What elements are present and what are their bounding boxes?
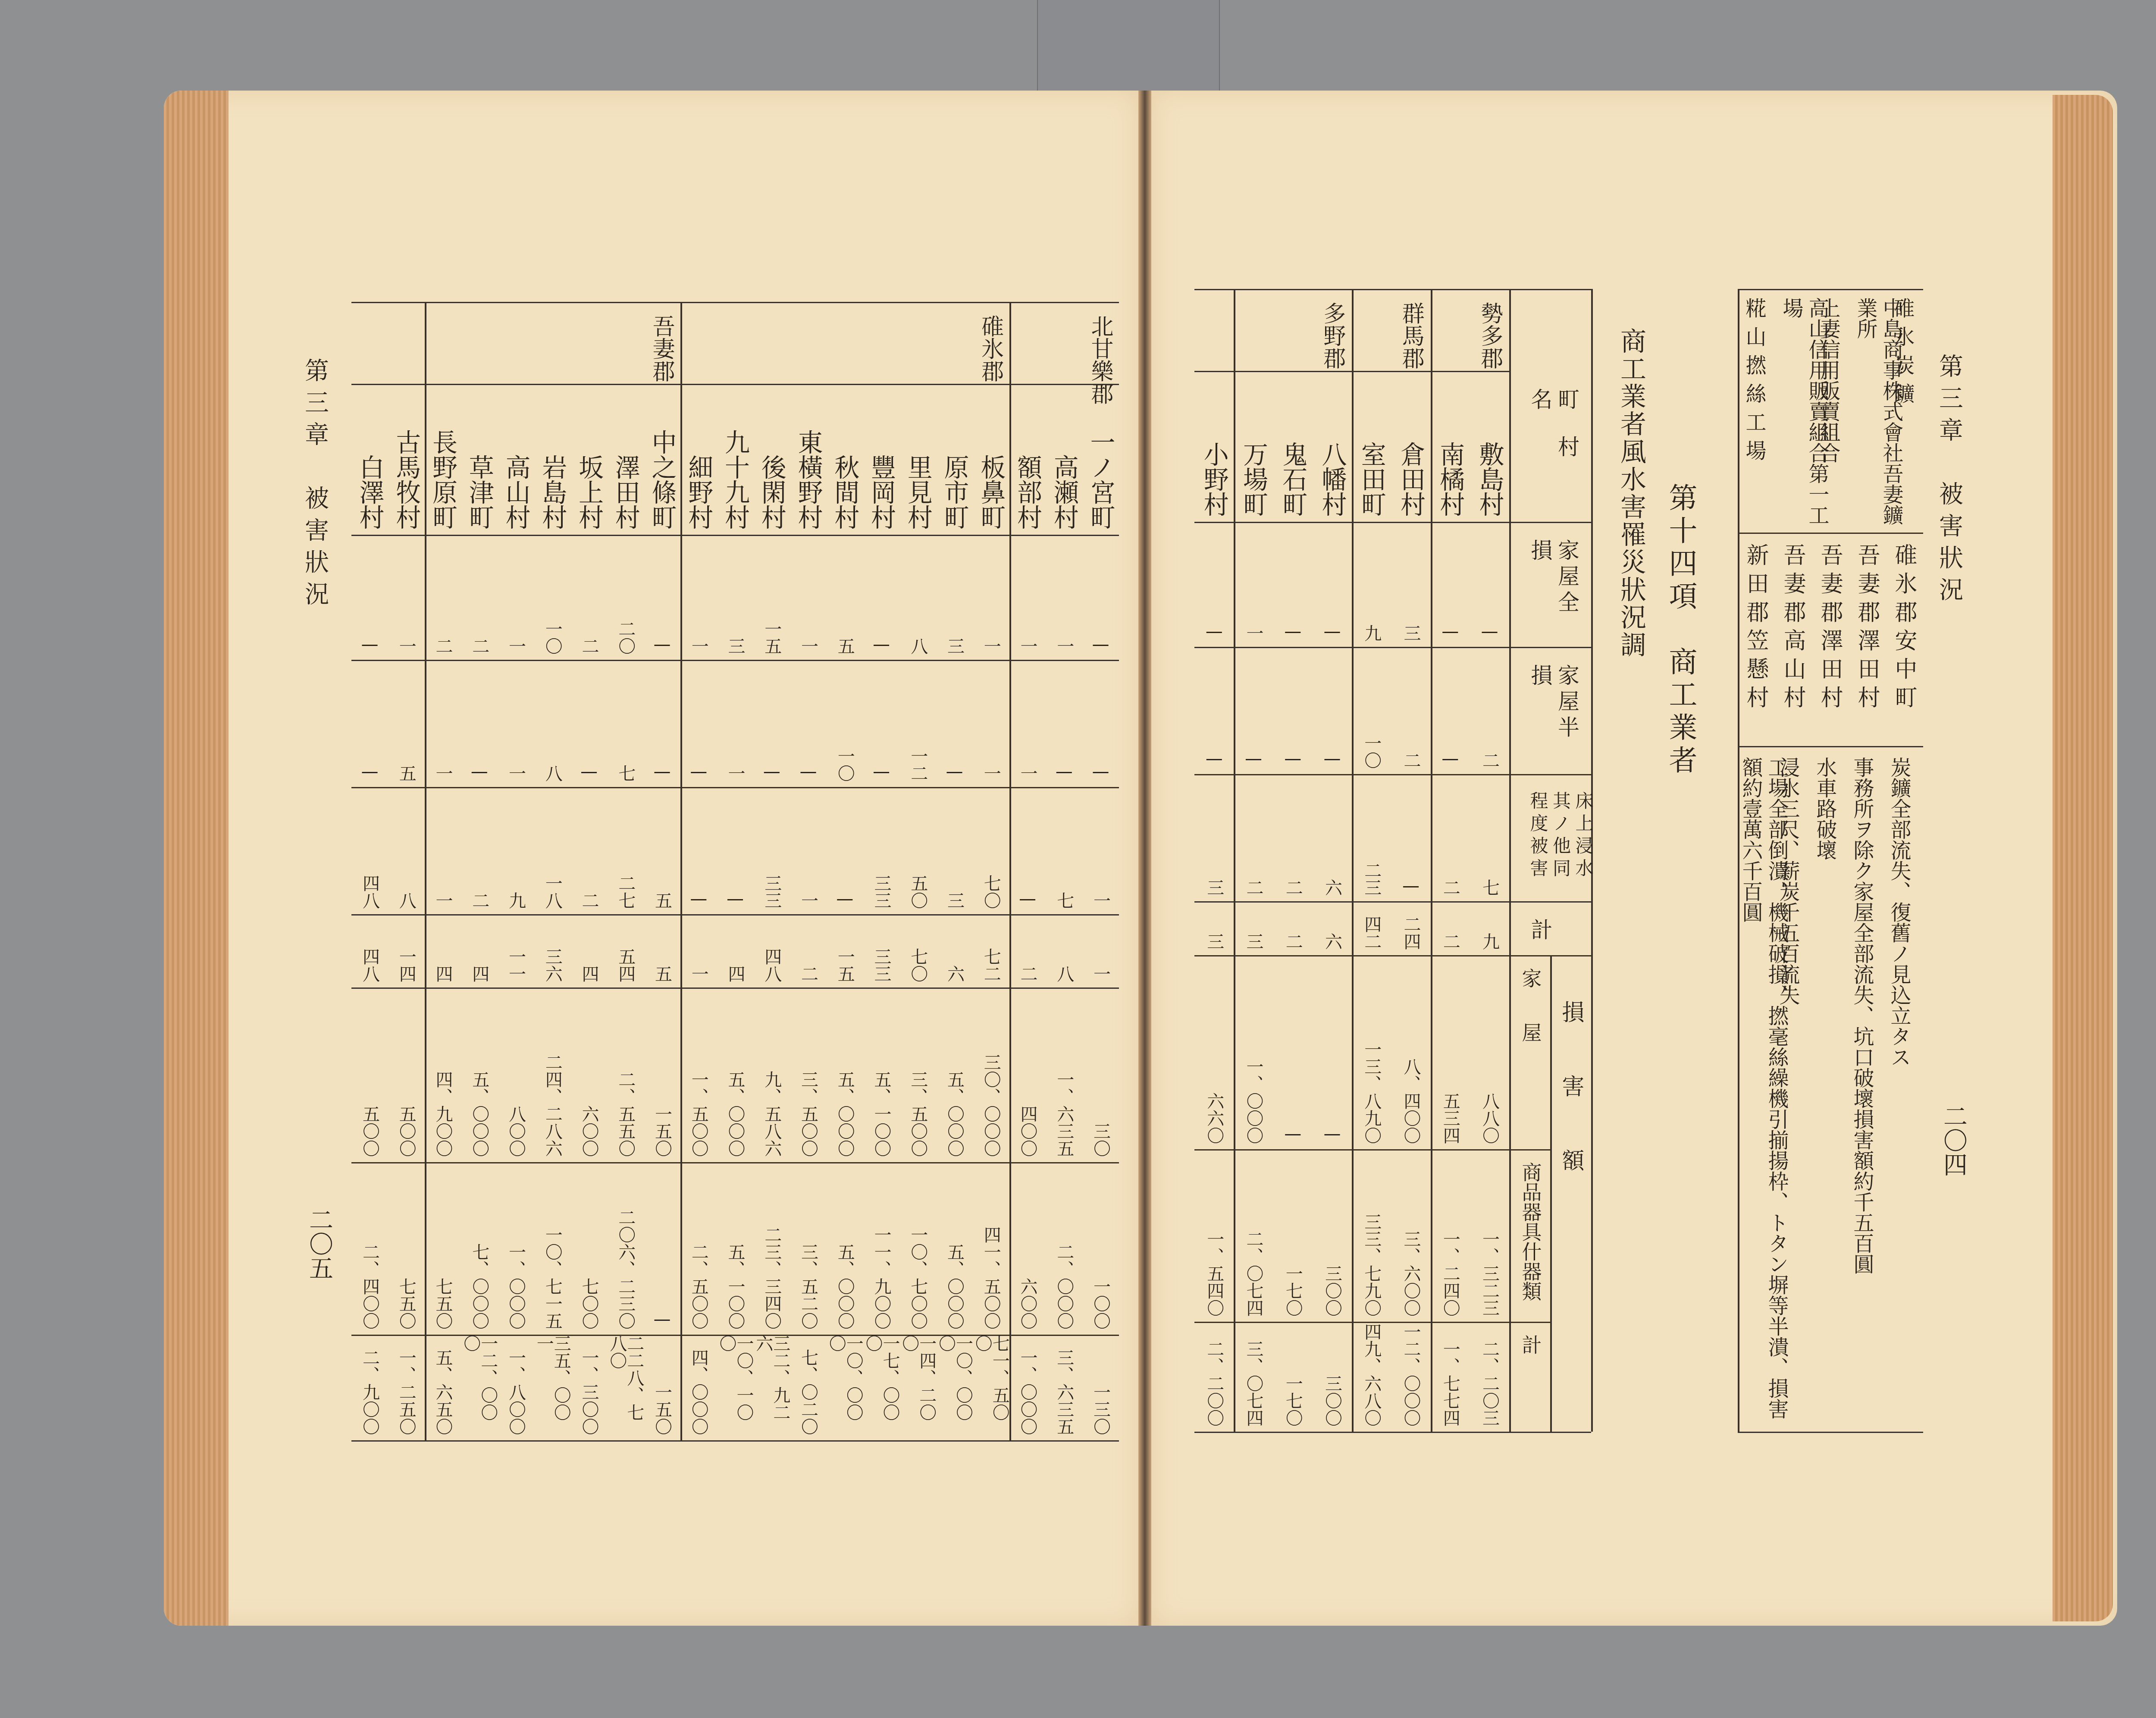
- hankai-cell: —: [1194, 647, 1234, 769]
- zenkai-value: 三: [1402, 624, 1420, 642]
- shinsui-cell: 三三: [753, 787, 790, 909]
- left-page-table: 北甘樂郡一ノ宮町——一一三〇一〇〇一三〇高瀬村一—七八一、六三五二、〇〇〇三、六…: [351, 302, 1119, 1440]
- company-name: 中島商事株式會社吾妻鑛業所: [1852, 298, 1904, 526]
- kei-cell: 三六: [534, 914, 571, 982]
- kei-cell: 四: [461, 914, 498, 982]
- songai_kei-value: 一〇、〇〇〇: [827, 1335, 862, 1435]
- songai_kei-value: 二、二〇三: [1481, 1340, 1498, 1426]
- zenkai-value: 三: [946, 637, 963, 655]
- songai_kei-cell: 一〇、一〇〇: [717, 1335, 754, 1435]
- kei-cell: 四二: [1352, 901, 1391, 950]
- shinsui-cell: 九: [498, 787, 534, 909]
- header-rule: [1509, 774, 1591, 775]
- kei-cell: 四: [571, 914, 608, 982]
- name-cell: 後閑村: [753, 384, 790, 530]
- shinsui-value: 二三: [1363, 862, 1380, 896]
- shinsui-cell: 七〇: [973, 787, 1009, 909]
- district-label: 碓氷郡: [965, 315, 1002, 382]
- songai_kei-cell: 三、〇七四: [1234, 1322, 1273, 1426]
- kei-cell: 一一: [498, 914, 534, 982]
- kei-cell: 六: [1313, 901, 1352, 950]
- shohin-cell: 一〇、七〇〇: [899, 1162, 936, 1329]
- shohin-cell: 三三、七九〇: [1352, 1149, 1391, 1317]
- zenkai-value: 一〇: [544, 620, 561, 655]
- company-row: 糀山撚絲工場新田郡笠懸村工場全部倒潰、機械破損、撚毫絲繰機引揃揚枠、トタン塀等半…: [1738, 289, 1775, 1432]
- zenkai-cell: 二: [461, 535, 498, 655]
- songai_kei-value: 一七〇: [1284, 1375, 1301, 1426]
- company-name: 糀山撚絲工場: [1741, 298, 1767, 526]
- shinsui-value: 八: [398, 892, 415, 909]
- place-name: 高瀬村: [1046, 455, 1082, 530]
- hankai-cell: —: [351, 660, 388, 782]
- songai_kei-cell: 二、九〇〇: [351, 1335, 388, 1435]
- shohin-cell: 四一、五〇〇: [973, 1162, 1009, 1329]
- songai_kei-cell: 一〇、〇〇〇: [936, 1335, 973, 1435]
- shohin-cell: 六〇〇: [1009, 1162, 1046, 1329]
- kei-value: 五四: [617, 948, 634, 982]
- hankai-value: —: [361, 762, 378, 782]
- shohin-cell: 三、五二〇: [790, 1162, 827, 1329]
- kaoku-value: 一、六三五: [1056, 1071, 1073, 1157]
- zenkai-cell: 九: [1352, 522, 1391, 642]
- songai_kei-cell: 三、六三五: [1046, 1335, 1082, 1435]
- songai_kei-cell: 一、二五〇: [388, 1335, 425, 1435]
- zenkai-cell: 一: [1234, 522, 1273, 642]
- name-cell: 敷島村: [1470, 371, 1509, 517]
- hankai-value: —: [1206, 749, 1223, 769]
- merchants-damage-table: 町村名家屋全損家屋半損床上浸水其ノ他同程度被害計損害額家屋商品器具什器類計勢多郡…: [1194, 289, 1591, 1432]
- kaoku-value: 五、一〇〇: [873, 1071, 890, 1157]
- header-zenkai: 家屋全損: [1526, 539, 1580, 638]
- songai_kei-cell: 四九、六八〇: [1352, 1322, 1391, 1426]
- kei-cell: 四: [425, 914, 461, 982]
- kaoku-cell: 三〇、〇〇〇: [973, 988, 1009, 1157]
- kei-value: 四: [434, 965, 451, 982]
- shohin-cell: 一、五四〇: [1194, 1149, 1234, 1317]
- shohin-value: 一〇、七〇〇: [909, 1226, 927, 1329]
- place-name: 古馬牧村: [388, 429, 424, 530]
- district-label: 群馬郡: [1383, 302, 1423, 369]
- company-location: 吾妻郡高山村: [1778, 543, 1806, 742]
- songai_kei-cell: 三二、九二六: [753, 1335, 790, 1435]
- kaoku-cell: 八〇〇: [498, 988, 534, 1157]
- songai_kei-value: 二、九〇〇: [361, 1349, 378, 1435]
- place-name: 倉田村: [1393, 442, 1429, 517]
- hankai-cell: —: [790, 660, 827, 782]
- name-cell: 板鼻町: [973, 384, 1009, 530]
- name-cell: 豐岡村: [863, 384, 900, 530]
- kei-cell: 三: [1234, 901, 1273, 950]
- shohin-value: 一一、九〇〇: [873, 1226, 890, 1329]
- shinsui-cell: —: [1391, 774, 1430, 896]
- name-cell: 小野村: [1194, 371, 1234, 517]
- companies-table: 碓氷炭鑛碓氷郡安中町炭鑛全部流失、復舊ノ見込立タス中島商事株式會社吾妻鑛業所吾妻…: [1738, 289, 1923, 1432]
- shohin-value: 五、〇〇〇: [946, 1243, 963, 1329]
- header-kaoku: 家屋: [1518, 968, 1543, 1077]
- zenkai-value: 一: [982, 637, 1000, 655]
- kei-value: 三三: [873, 948, 890, 982]
- hankai-cell: 一: [498, 660, 534, 782]
- kei-value: 二四: [1402, 915, 1420, 950]
- kei-value: 四: [727, 965, 744, 982]
- zenkai-cell: 一五: [753, 535, 790, 655]
- shohin-cell: 三〇〇: [1313, 1149, 1352, 1317]
- name-cell: 白澤村: [351, 384, 388, 530]
- zenkai-cell: 二: [571, 535, 608, 655]
- hankai-value: 八: [544, 765, 561, 782]
- kaoku-value: —: [1323, 1124, 1341, 1144]
- zenkai-value: 九: [1363, 624, 1380, 642]
- songai_kei-value: 七一、五〇〇: [974, 1335, 1008, 1435]
- hankai-value: 一: [507, 765, 524, 782]
- place-name: 中之條町: [644, 429, 680, 530]
- shohin-cell: 七〇〇: [571, 1162, 608, 1329]
- kei-value: 三六: [544, 948, 561, 982]
- shinsui-value: —: [727, 889, 744, 909]
- gun-rule: [351, 384, 1119, 385]
- kei-value: 四八: [763, 948, 780, 982]
- songai_kei-cell: 一二、〇〇〇: [461, 1335, 498, 1435]
- zenkai-cell: —: [1273, 522, 1313, 642]
- shinsui-value: 四八: [361, 875, 378, 909]
- damage-note: 水車路破壞: [1812, 757, 1838, 1421]
- company-row: 中島商事株式會社吾妻鑛業所吾妻郡澤田村事務所ヲ除ク家屋全部流失、坑口破壞損害額約…: [1849, 289, 1886, 1432]
- table-rule: [1738, 1432, 1923, 1433]
- shohin-value: 三三、七九〇: [1363, 1213, 1380, 1317]
- shohin-value: 七五〇: [434, 1278, 451, 1329]
- shohin-cell: 二〇六、二三〇: [607, 1162, 644, 1329]
- kaoku-value: 三〇: [1092, 1122, 1109, 1157]
- shohin-value: 五、〇〇〇: [836, 1243, 853, 1329]
- songai_kei-value: 七、〇二〇: [800, 1349, 817, 1435]
- zenkai-value: 二: [434, 637, 451, 655]
- zenkai-value: —: [1206, 622, 1223, 642]
- shinsui-cell: 三: [1194, 774, 1234, 896]
- shinsui-cell: 五: [644, 787, 680, 909]
- kei-cell: 七二: [973, 914, 1009, 982]
- place-name: 豐岡村: [863, 455, 899, 530]
- kei-cell: 五: [644, 914, 680, 982]
- kaoku-cell: 一、〇〇〇: [1234, 955, 1273, 1144]
- zenkai-cell: —: [1194, 522, 1234, 642]
- zenkai-value: 二: [580, 637, 598, 655]
- shinsui-value: 六: [1323, 879, 1341, 896]
- shohin-value: 一、〇〇〇: [507, 1243, 524, 1329]
- shinsui-cell: 二三: [1352, 774, 1391, 896]
- zenkai-cell: —: [1470, 522, 1509, 642]
- kei-cell: 二: [1431, 901, 1470, 950]
- hankai-value: —: [1056, 762, 1073, 782]
- shinsui-cell: 三三: [863, 787, 900, 909]
- kaoku-value: 八八〇: [1481, 1092, 1498, 1144]
- shinsui-cell: 八: [388, 787, 425, 909]
- hankai-value: 一二: [909, 747, 927, 782]
- hankai-value: —: [1092, 762, 1109, 782]
- shinsui-value: 一: [1092, 892, 1109, 909]
- songai_kei-cell: 一五〇: [644, 1335, 680, 1435]
- kaoku-cell: 二、五五〇: [607, 988, 644, 1157]
- songai_kei-cell: 一、七七四: [1431, 1322, 1470, 1426]
- shohin-value: 二、四〇〇: [361, 1243, 378, 1329]
- name-cell: 草津町: [461, 384, 498, 530]
- district-label: 吾妻郡: [636, 315, 673, 382]
- songai_kei-value: 四、〇〇〇: [690, 1349, 707, 1435]
- hankai-value: —: [653, 762, 671, 782]
- kei-cell: 二: [790, 914, 827, 982]
- place-name: 後閑村: [754, 455, 790, 530]
- header-shohin: 商品器具什器類: [1518, 1162, 1543, 1301]
- hankai-value: 二: [1481, 752, 1498, 769]
- shinsui-cell: —: [1009, 787, 1046, 909]
- place-name: 九十九村: [717, 429, 753, 530]
- place-name: 敷島村: [1471, 442, 1507, 517]
- songai_kei-value: 一、〇〇〇: [1019, 1349, 1036, 1435]
- zenkai-value: 一: [1019, 637, 1036, 655]
- district-label: 多野郡: [1305, 302, 1344, 369]
- header-rule: [1509, 522, 1591, 523]
- shohin-cell: 二、〇七四: [1234, 1149, 1273, 1317]
- songai_kei-cell: 一四、二〇〇: [899, 1335, 936, 1435]
- zenkai-value: 二: [471, 637, 488, 655]
- kaoku-cell: —: [1313, 955, 1352, 1144]
- table-rule: [351, 1440, 1119, 1442]
- name-cell: 南橘村: [1431, 371, 1470, 517]
- shohin-value: 二〇六、二三〇: [617, 1209, 634, 1329]
- hankai-cell: 五: [388, 660, 425, 782]
- shinsui-value: 三三: [763, 875, 780, 909]
- hankai-cell: —: [936, 660, 973, 782]
- shohin-cell: 七五〇: [388, 1162, 425, 1329]
- kei-cell: 七〇: [899, 914, 936, 982]
- kaoku-value: 三〇、〇〇〇: [982, 1053, 1000, 1157]
- kei-value: 八: [1056, 965, 1073, 982]
- kei-value: 一一: [507, 948, 524, 982]
- hankai-value: 一〇: [836, 747, 853, 782]
- kaoku-cell: 五〇〇: [351, 988, 388, 1157]
- kaoku-cell: 五、〇〇〇: [936, 988, 973, 1157]
- shinsui-value: 九: [507, 892, 524, 909]
- kaoku-cell: 一三、八九〇: [1352, 955, 1391, 1144]
- hankai-cell: 一〇: [1352, 647, 1391, 769]
- kaoku-value: 八〇〇: [507, 1105, 524, 1157]
- name-cell: 里見村: [899, 384, 936, 530]
- kei-value: 一五: [836, 948, 853, 982]
- hankai-value: —: [763, 762, 780, 782]
- place-name: 原市町: [937, 455, 973, 530]
- kaoku-cell: 一、五〇〇: [680, 988, 717, 1157]
- place-name: 万場町: [1235, 442, 1272, 517]
- name-cell: 高瀬村: [1046, 384, 1082, 530]
- shohin-value: 一〇〇: [1092, 1278, 1109, 1329]
- place-name: 額部村: [1009, 455, 1046, 530]
- kaoku-cell: 五、〇〇〇: [461, 988, 498, 1157]
- header-divider: [1509, 289, 1511, 1432]
- hankai-cell: —: [571, 660, 608, 782]
- zenkai-cell: 一: [388, 535, 425, 655]
- shinsui-cell: 二: [1234, 774, 1273, 896]
- zenkai-value: —: [1092, 635, 1109, 655]
- kaoku-value: 一五〇: [653, 1105, 671, 1157]
- kaoku-value: 五〇〇: [398, 1105, 415, 1157]
- place-name: 八幡村: [1314, 442, 1350, 517]
- shohin-cell: 三、六〇〇: [1391, 1149, 1430, 1317]
- hankai-value: —: [873, 762, 890, 782]
- header-rule: [1509, 901, 1591, 903]
- kei-value: 二: [1284, 933, 1301, 950]
- shinsui-value: 七: [1481, 879, 1498, 896]
- shinsui-value: —: [1402, 876, 1420, 896]
- shohin-value: 一、三二三: [1481, 1230, 1498, 1317]
- zenkai-cell: 五: [827, 535, 863, 655]
- kaoku-value: 一、〇〇〇: [1245, 1058, 1262, 1144]
- kei-value: 五: [653, 965, 671, 982]
- name-cell: 室田町: [1352, 371, 1391, 517]
- hankai-value: —: [690, 762, 707, 782]
- hankai-value: 五: [398, 765, 415, 782]
- songai_kei-cell: 一七〇: [1273, 1322, 1313, 1426]
- shohin-cell: 一〇、七一五: [534, 1162, 571, 1329]
- name-cell: 古馬牧村: [388, 384, 425, 530]
- songai_kei-value: 一三〇: [1092, 1383, 1109, 1435]
- kaoku-value: 二、五五〇: [617, 1071, 634, 1157]
- kei-cell: 四八: [753, 914, 790, 982]
- songai_kei-value: 二二八、七八〇: [608, 1335, 643, 1435]
- kei-cell: 六: [936, 914, 973, 982]
- zenkai-value: —: [361, 635, 378, 655]
- kaoku-cell: 三、五〇〇: [790, 988, 827, 1157]
- kei-value: 七〇: [909, 948, 927, 982]
- kaoku-cell: 三、五〇〇: [899, 988, 936, 1157]
- shohin-value: 二、〇〇〇: [1056, 1243, 1073, 1329]
- hankai-cell: 八: [534, 660, 571, 782]
- zenkai-value: 一五: [763, 620, 780, 655]
- shohin-value: 一〇、七一五: [544, 1226, 561, 1329]
- shinsui-cell: 七: [1470, 774, 1509, 896]
- shohin-cell: 二、四〇〇: [351, 1162, 388, 1329]
- hankai-cell: 二: [1470, 647, 1509, 769]
- hankai-cell: 一: [1009, 660, 1046, 782]
- shohin-cell: 一七〇: [1273, 1149, 1313, 1317]
- kei-value: 一: [1092, 965, 1109, 982]
- name-cell: 倉田村: [1391, 371, 1430, 517]
- shohin-value: 七五〇: [398, 1278, 415, 1329]
- damage-note: 炭鑛全部流失、復舊ノ見込立タス: [1886, 757, 1912, 1421]
- shinsui-value: 三: [946, 892, 963, 909]
- songai_kei-value: 一、三〇〇: [580, 1349, 598, 1435]
- hankai-value: 七: [617, 765, 634, 782]
- place-name: 細野村: [680, 455, 717, 530]
- shohin-cell: —: [644, 1162, 680, 1329]
- zenkai-cell: —: [1313, 522, 1352, 642]
- table-rule: [351, 302, 1119, 303]
- hankai-value: —: [471, 762, 488, 782]
- hankai-cell: —: [1313, 647, 1352, 769]
- kei-cell: 三: [1194, 901, 1234, 950]
- place-name: 小野村: [1196, 442, 1232, 517]
- zenkai-cell: —: [1082, 535, 1119, 655]
- shinsui-value: 二: [580, 892, 598, 909]
- hankai-cell: —: [1273, 647, 1313, 769]
- shohin-value: 六〇〇: [1019, 1278, 1036, 1329]
- name-cell: 万場町: [1234, 371, 1273, 517]
- zenkai-cell: 一: [973, 535, 1009, 655]
- hankai-value: —: [1442, 749, 1459, 769]
- kei-cell: 一: [680, 914, 717, 982]
- place-name: 里見村: [900, 455, 936, 530]
- kaoku-value: 五〇〇: [361, 1105, 378, 1157]
- songai_kei-cell: 三〇〇: [1313, 1322, 1352, 1426]
- header-shinsui: 床上浸水其ノ他同程度被害: [1526, 791, 1595, 893]
- songai_kei-cell: 二二八、七八〇: [607, 1335, 644, 1435]
- songai_kei-cell: 四、〇〇〇: [680, 1335, 717, 1435]
- shohin-value: 三、五二〇: [800, 1243, 817, 1329]
- zenkai-value: 一: [800, 637, 817, 655]
- songai_kei-value: 一五〇: [653, 1383, 671, 1435]
- shohin-value: 一、五四〇: [1206, 1230, 1223, 1317]
- shohin-cell: 七、〇〇〇: [461, 1162, 498, 1329]
- hankai-value: —: [580, 762, 598, 782]
- kei-value: 六: [1323, 933, 1341, 950]
- songai_kei-cell: 二、二〇三: [1470, 1322, 1509, 1426]
- name-cell: 額部村: [1009, 384, 1046, 530]
- hankai-cell: —: [1082, 660, 1119, 782]
- hankai-value: 二: [1402, 752, 1420, 769]
- shohin-value: 一七〇: [1284, 1265, 1301, 1317]
- hankai-cell: 一: [425, 660, 461, 782]
- kei-value: 四二: [1363, 915, 1380, 950]
- header-songai-group: 損害額: [1557, 1000, 1585, 1223]
- shohin-cell: 五、一〇〇: [717, 1162, 754, 1329]
- songai_kei-value: 五、六五〇: [434, 1349, 451, 1435]
- shinsui-cell: 一: [790, 787, 827, 909]
- hankai-cell: —: [753, 660, 790, 782]
- place-name: 坂上村: [571, 455, 607, 530]
- name-cell: 八幡村: [1313, 371, 1352, 517]
- zenkai-value: 三: [727, 637, 744, 655]
- hankai-cell: —: [1046, 660, 1082, 782]
- hankai-cell: 七: [607, 660, 644, 782]
- kaoku-cell: 一、六三五: [1046, 988, 1082, 1157]
- shinsui-cell: 一: [1082, 787, 1119, 909]
- kaoku-value: 四、九〇〇: [434, 1071, 451, 1157]
- hankai-cell: —: [680, 660, 717, 782]
- kei-cell: 一: [1082, 914, 1119, 982]
- kaoku-cell: 五〇〇: [388, 988, 425, 1157]
- shohin-cell: 二、五〇〇: [680, 1162, 717, 1329]
- header-rule: [1509, 1432, 1550, 1433]
- shinsui-cell: 二: [1273, 774, 1313, 896]
- shinsui-cell: 三: [936, 787, 973, 909]
- table-rule: [1194, 1432, 1509, 1433]
- zenkai-value: —: [1442, 622, 1459, 642]
- shinsui-value: 一: [800, 892, 817, 909]
- kaoku-value: 五、〇〇〇: [727, 1071, 744, 1157]
- kei-value: 二: [1442, 933, 1459, 950]
- header-rule: [1509, 647, 1591, 648]
- shohin-value: 二、〇七四: [1245, 1230, 1262, 1317]
- name-cell: 秋間村: [827, 384, 863, 530]
- songai_kei-cell: 一、八〇〇: [498, 1335, 534, 1435]
- hankai-value: —: [1245, 749, 1262, 769]
- shinsui-cell: 二七: [607, 787, 644, 909]
- kaoku-cell: 六六〇: [1194, 955, 1234, 1144]
- kei-value: 四八: [361, 948, 378, 982]
- zenkai-value: 一: [398, 637, 415, 655]
- shinsui-value: 五〇: [909, 875, 927, 909]
- kei-value: 四: [580, 965, 598, 982]
- songai_kei-value: 一七、〇〇〇: [864, 1335, 899, 1435]
- shohin-cell: 二三、三四〇: [753, 1162, 790, 1329]
